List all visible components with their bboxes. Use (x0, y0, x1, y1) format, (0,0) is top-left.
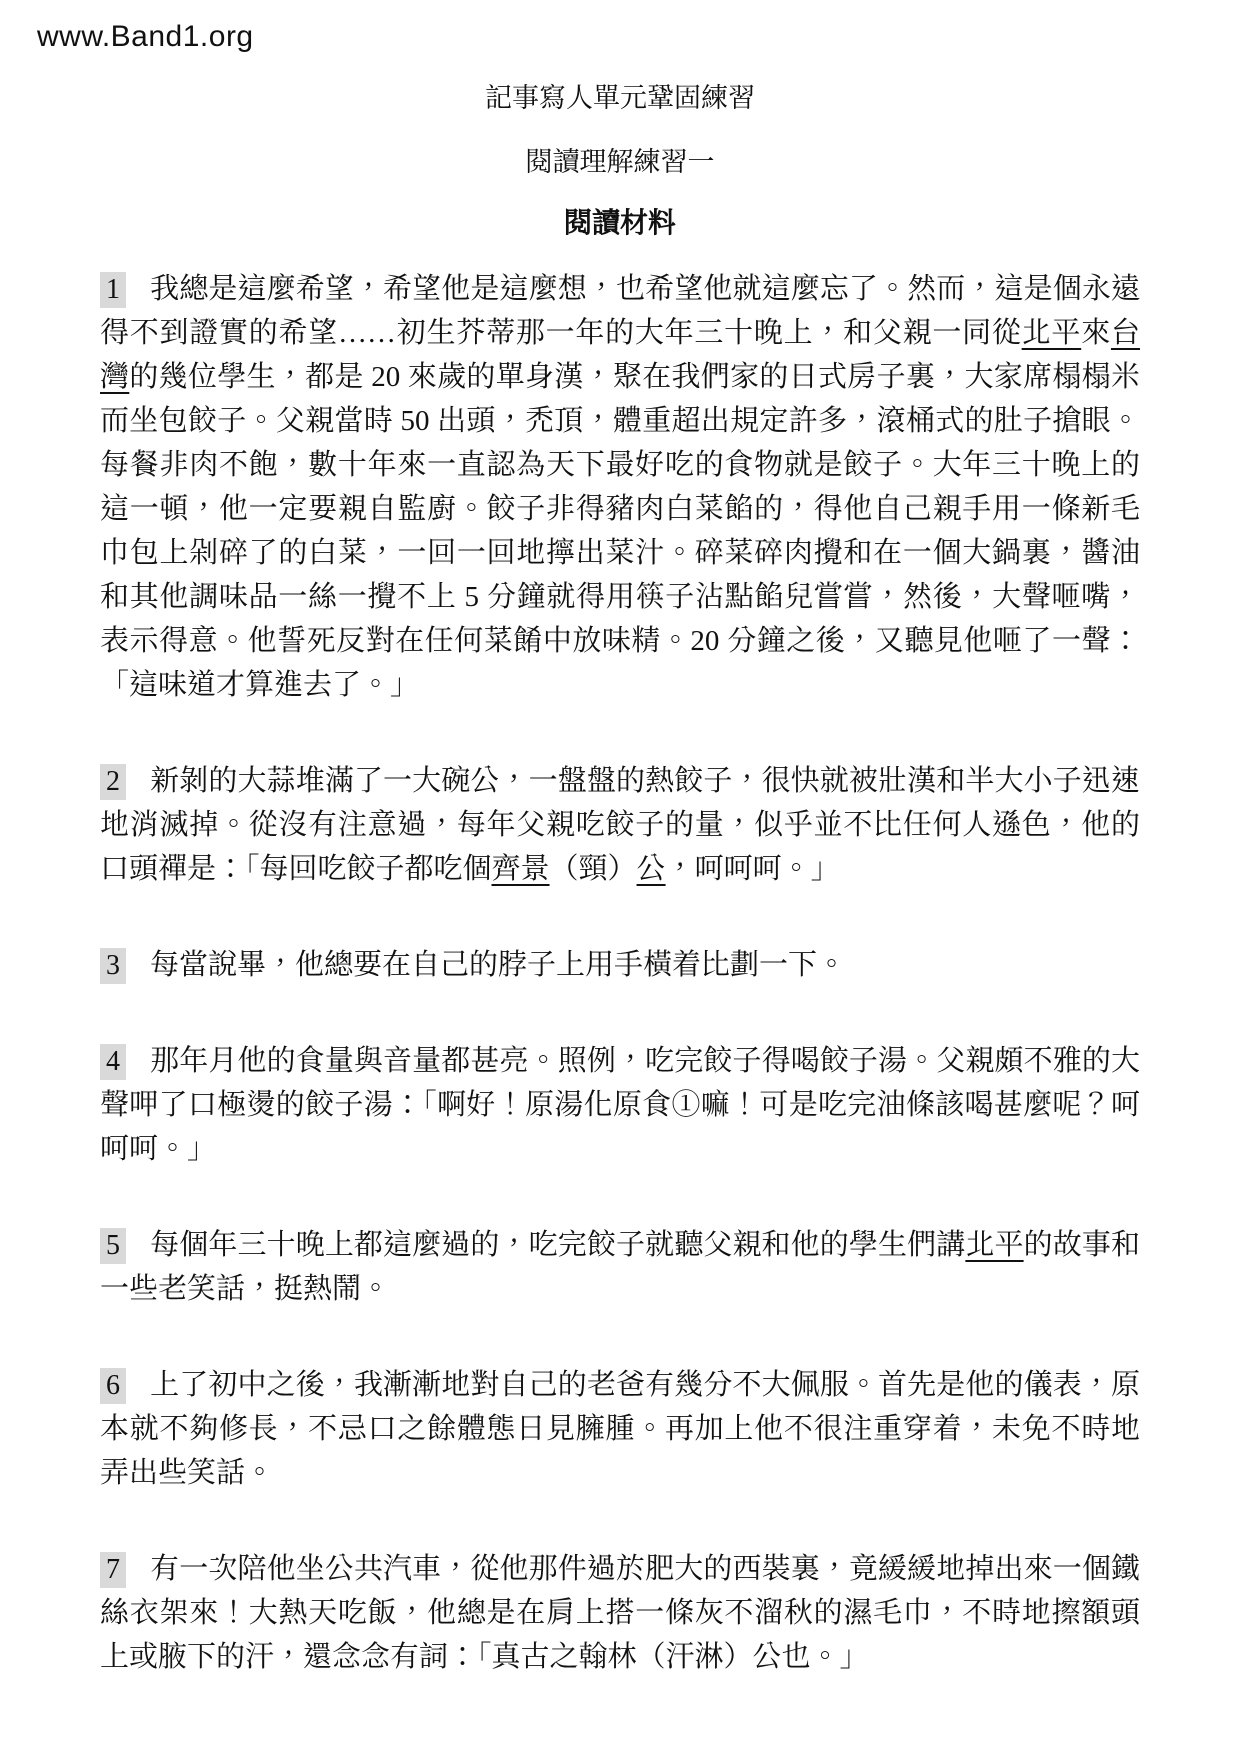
paragraph-5: 5每個年三十晚上都這麼過的，吃完餃子就聽父親和他的學生們講北平的故事和一些老笑話… (100, 1223, 1140, 1311)
paragraph-7: 7有一次陪他坐公共汽車，從他那件過於肥大的西裝裏，竟緩緩地掉出來一個鐵絲衣架來！… (100, 1547, 1140, 1679)
underlined-text: 北平 (965, 1229, 1023, 1261)
paragraph-number: 7 (100, 1552, 126, 1588)
section-heading: 閱讀材料 (100, 201, 1140, 241)
text-segment: 我總是這麼希望，希望他是這麼想，也希望他就這麼忘了。然而，這是個永遠得不到證實的… (100, 273, 1140, 349)
paragraph-number: 2 (100, 764, 126, 800)
paragraph-4: 4那年月他的食量與音量都甚亮。照例，吃完餃子得喝餃子湯。父親頗不雅的大聲呷了口極… (100, 1039, 1140, 1171)
page-title: 記事寫人單元鞏固練習 (100, 76, 1140, 115)
paragraph-1: 1我總是這麼希望，希望他是這麼想，也希望他就這麼忘了。然而，這是個永遠得不到證實… (100, 267, 1140, 707)
underlined-text: 公 (637, 853, 666, 885)
text-segment: 的幾位學生，都是 20 來歲的單身漢，聚在我們家的日式房子裏，大家席榻榻米而坐包… (100, 361, 1140, 701)
text-segment: 那年月他的食量與音量都甚亮。照例，吃完餃子得喝餃子湯。父親頗不雅的大聲呷了口極燙… (100, 1045, 1140, 1165)
document-page: 記事寫人單元鞏固練習 閱讀理解練習一 閱讀材料 1我總是這麼希望，希望他是這麼想… (0, 0, 1240, 1679)
paragraph-number: 3 (100, 948, 126, 984)
text-segment: （頸） (550, 853, 637, 885)
text-segment: ，呵呵呵。」 (666, 853, 840, 885)
paragraph-number: 5 (100, 1228, 126, 1264)
text-segment: 上了初中之後，我漸漸地對自己的老爸有幾分不大佩服。首先是他的儀表，原本就不夠修長… (100, 1369, 1140, 1489)
site-watermark: www.Band1.org (37, 20, 254, 54)
paragraph-number: 6 (100, 1368, 126, 1404)
text-segment: 每個年三十晚上都這麼過的，吃完餃子就聽父親和他的學生們講 (150, 1229, 965, 1261)
underlined-text: 齊景 (492, 853, 550, 885)
text-segment: 每當說畢，他總要在自己的脖子上用手橫着比劃一下。 (150, 949, 846, 981)
paragraph-3: 3每當說畢，他總要在自己的脖子上用手橫着比劃一下。 (100, 943, 1140, 987)
text-segment: 來 (1081, 317, 1111, 349)
paragraph-number: 4 (100, 1044, 126, 1080)
exercise-subtitle: 閱讀理解練習一 (100, 140, 1140, 179)
text-segment: 有一次陪他坐公共汽車，從他那件過於肥大的西裝裏，竟緩緩地掉出來一個鐵絲衣架來！大… (100, 1553, 1140, 1673)
paragraph-2: 2新剝的大蒜堆滿了一大碗公，一盤盤的熱餃子，很快就被壯漢和半大小子迅速地消滅掉。… (100, 759, 1140, 891)
underlined-text: 北平 (1022, 317, 1082, 349)
paragraph-number: 1 (100, 272, 126, 308)
paragraph-6: 6上了初中之後，我漸漸地對自己的老爸有幾分不大佩服。首先是他的儀表，原本就不夠修… (100, 1363, 1140, 1495)
reading-material: 1我總是這麼希望，希望他是這麼想，也希望他就這麼忘了。然而，這是個永遠得不到證實… (100, 267, 1140, 1679)
